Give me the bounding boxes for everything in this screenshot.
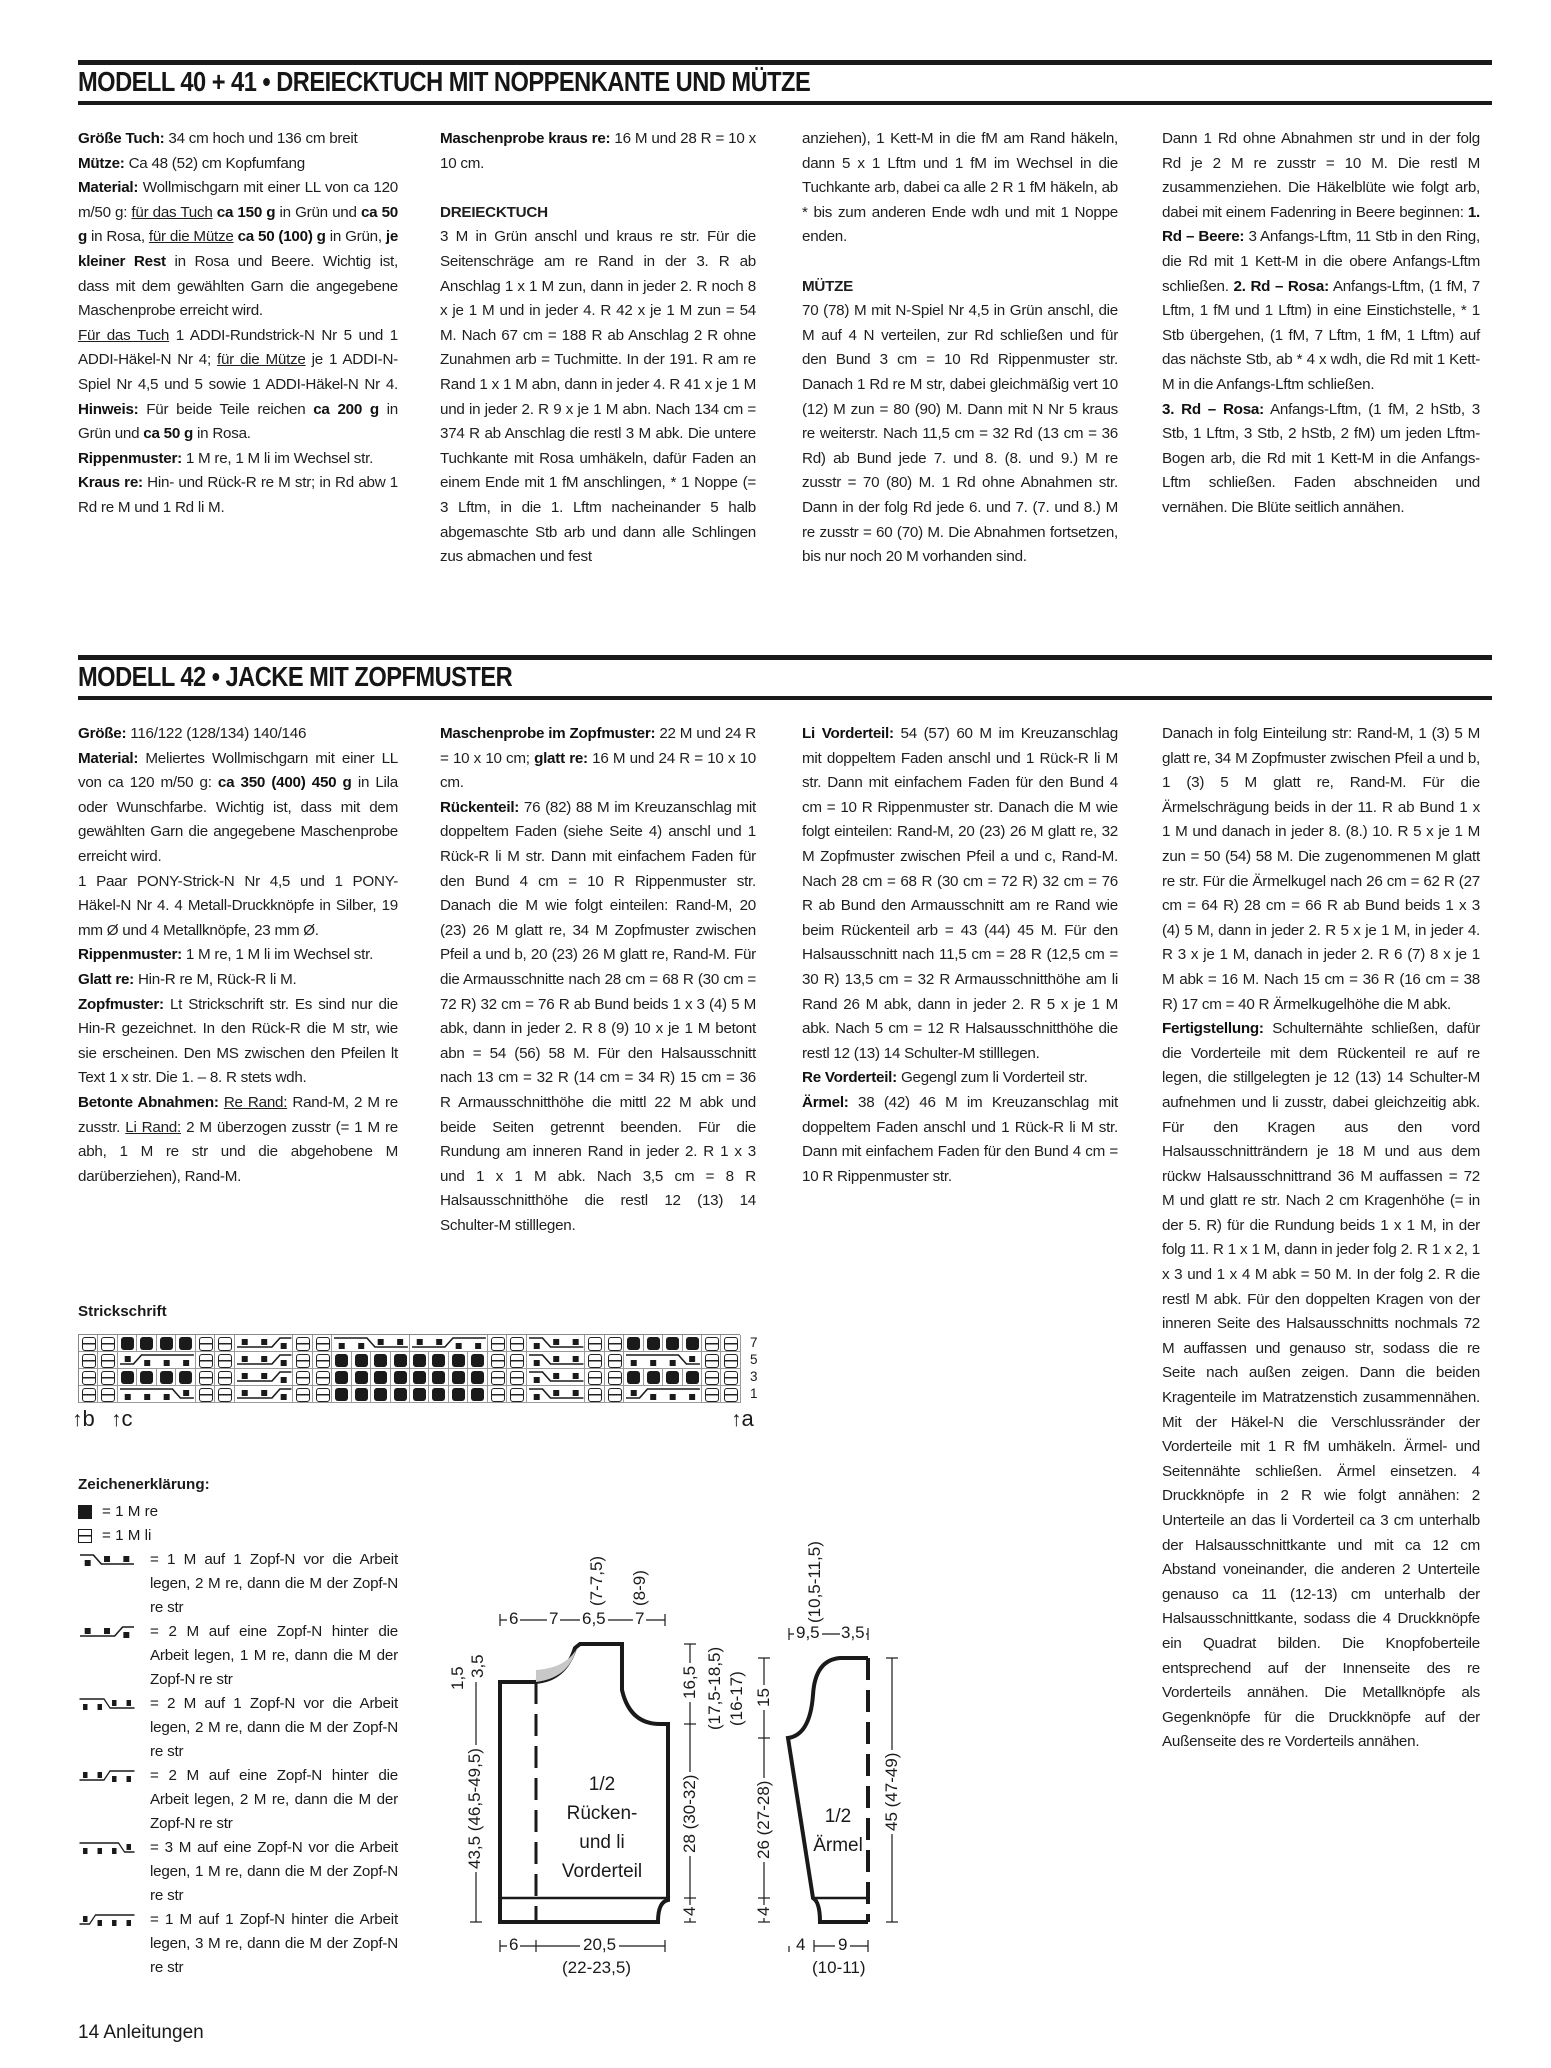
dim-sleeve-top-alt: (10,5-11,5) xyxy=(805,1541,825,1623)
purl-stitch-icon xyxy=(196,1352,215,1369)
purl-stitch-icon xyxy=(79,1335,98,1352)
cable-stitch-icon xyxy=(235,1369,293,1386)
chart-row xyxy=(79,1335,740,1352)
purl-stitch-icon xyxy=(98,1369,117,1386)
dim-top-1: 6 xyxy=(507,1609,520,1629)
sleeve-piece-label: 1/2 Ärmel xyxy=(802,1802,874,1860)
knit-stitch-icon xyxy=(410,1386,429,1403)
chart-row xyxy=(79,1369,740,1386)
li-vorderteil-paragraph: Li Vorderteil: 54 (57) 60 M im Kreuzansc… xyxy=(802,722,1118,1066)
cable-stitch-icon xyxy=(527,1352,585,1369)
purl-stitch-icon xyxy=(721,1335,740,1352)
groesse-tuch-line: Größe Tuch: 34 cm hoch und 136 cm breit xyxy=(78,127,398,152)
knit-stitch-icon xyxy=(429,1352,448,1369)
purl-stitch-icon xyxy=(585,1386,604,1403)
section1-bottom-rule xyxy=(78,101,1492,105)
purl-stitch-icon xyxy=(98,1352,117,1369)
purl-stitch-icon xyxy=(507,1369,526,1386)
row-number: 3 xyxy=(750,1368,758,1385)
dreiecktuch-paragraph: 3 M in Grün anschl und kraus re str. Für… xyxy=(440,225,756,569)
arrow-up-icon: ↑ xyxy=(731,1408,742,1431)
purl-stitch-icon xyxy=(585,1335,604,1352)
needles-paragraph: 1 Paar PONY-Strick-N Nr 4,5 und 1 PONY-H… xyxy=(78,870,398,944)
section1-column-3: anziehen), 1 Kett-M in die fM am Rand hä… xyxy=(802,127,1118,570)
legend-item-cable-3-1-front: = 3 M auf eine Zopf-N vor die Arbeit leg… xyxy=(78,1836,398,1908)
maschenprobe-paragraph: Maschenprobe kraus re: 16 M und 28 R = 1… xyxy=(440,127,756,176)
knit-stitch-icon xyxy=(157,1335,176,1352)
strickschrift-chart xyxy=(78,1334,740,1403)
knit-stitch-icon xyxy=(449,1386,468,1403)
purl-stitch-icon xyxy=(313,1369,332,1386)
dim-armhole-alt1: (17,5-18,5) xyxy=(705,1647,725,1730)
cable-1-3-back-icon xyxy=(78,1908,150,1932)
dim-sleeve-height: 45 (47-49) xyxy=(882,1750,902,1834)
chart-row xyxy=(79,1352,740,1369)
section2-title: MODELL 42 • JACKE MIT ZOPFMUSTER xyxy=(78,661,512,693)
maschenprobe-paragraph: Maschenprobe im Zopfmuster: 22 M und 24 … xyxy=(440,722,756,796)
purl-stitch-icon xyxy=(215,1335,234,1352)
re-vorderteil-paragraph: Re Vorderteil: Gegengl zum li Vorderteil… xyxy=(802,1066,1118,1091)
row-number: 7 xyxy=(750,1334,758,1351)
purl-stitch-icon xyxy=(215,1386,234,1403)
muetze-heading: MÜTZE xyxy=(802,275,1118,300)
purl-box-icon xyxy=(78,1529,92,1543)
section1-top-rule xyxy=(78,60,1492,65)
purl-stitch-icon xyxy=(605,1369,624,1386)
purl-stitch-icon xyxy=(313,1335,332,1352)
chart-row-numbers: 7 5 3 1 xyxy=(750,1334,758,1402)
purl-stitch-icon xyxy=(293,1352,312,1369)
purl-stitch-icon xyxy=(79,1386,98,1403)
purl-stitch-icon xyxy=(79,1352,98,1369)
dim-top-3: 6,5 xyxy=(580,1609,608,1629)
cable-stitch-icon xyxy=(624,1352,702,1369)
rueckenteil-paragraph: Rückenteil: 76 (82) 88 M im Kreuzanschla… xyxy=(440,796,756,1239)
muetze-paragraph: 70 (78) M mit N-Spiel Nr 4,5 in Grün ans… xyxy=(802,299,1118,570)
purl-stitch-icon xyxy=(702,1386,721,1403)
legend-item-cable-1-3-back: = 1 M auf 1 Zopf-N hinter die Arbeit leg… xyxy=(78,1908,398,1980)
knit-stitch-icon xyxy=(410,1369,429,1386)
purl-stitch-icon xyxy=(293,1386,312,1403)
knit-stitch-icon xyxy=(371,1369,390,1386)
purl-stitch-icon xyxy=(488,1369,507,1386)
dim-side: 28 (30-32) xyxy=(680,1772,700,1856)
knit-stitch-icon xyxy=(176,1335,195,1352)
section2-column-1: Größe: 116/122 (128/134) 140/146 Materia… xyxy=(78,722,398,1189)
purl-stitch-icon xyxy=(98,1335,117,1352)
dim-top-4-alt: (8-9) xyxy=(630,1570,650,1606)
cable-stitch-icon xyxy=(527,1369,585,1386)
dim-sleeve-side: 26 (27-28) xyxy=(754,1778,774,1862)
section2-column-2: Maschenprobe im Zopfmuster: 22 M und 24 … xyxy=(440,722,756,1238)
zopfmuster-paragraph: Zopfmuster: Lt Strickschrift str. Es sin… xyxy=(78,993,398,1091)
strickschrift-label: Strickschrift xyxy=(78,1303,167,1320)
page-footer: 14 Anleitungen xyxy=(78,2022,204,2044)
arrow-up-icon: ↑ xyxy=(72,1408,83,1431)
cable-1-2-front-icon xyxy=(78,1548,150,1572)
knit-stitch-icon xyxy=(371,1352,390,1369)
cable-stitch-icon xyxy=(527,1335,585,1352)
row-number: 1 xyxy=(750,1385,758,1402)
purl-stitch-icon xyxy=(98,1386,117,1403)
dim-sleeve-top-2: 3,5 xyxy=(840,1623,866,1643)
knit-stitch-icon xyxy=(449,1352,468,1369)
aermel-continued-paragraph: Danach in folg Einteilung str: Rand-M, 1… xyxy=(1162,722,1480,1017)
purl-stitch-icon xyxy=(702,1335,721,1352)
knit-stitch-icon xyxy=(176,1369,195,1386)
dim-bottom-1: 6 xyxy=(507,1935,520,1955)
dim-sleeve-top-1: 9,5 xyxy=(794,1623,822,1643)
knit-stitch-icon xyxy=(663,1335,682,1352)
legend-item-cable-2-2-front: = 2 M auf 1 Zopf-N vor die Arbeit legen,… xyxy=(78,1692,398,1764)
section2-column-4: Danach in folg Einteilung str: Rand-M, 1… xyxy=(1162,722,1480,1755)
purl-stitch-icon xyxy=(215,1369,234,1386)
knit-stitch-icon xyxy=(644,1369,663,1386)
knit-stitch-icon xyxy=(118,1335,137,1352)
dim-sleeve-bottom-2-alt: (10-11) xyxy=(812,1958,866,1978)
purl-stitch-icon xyxy=(215,1352,234,1369)
dim-sleeve-cap: 15 xyxy=(754,1685,774,1710)
knit-stitch-icon xyxy=(371,1386,390,1403)
section2-bottom-rule xyxy=(78,696,1492,700)
purl-stitch-icon xyxy=(488,1335,507,1352)
purl-stitch-icon xyxy=(79,1369,98,1386)
purl-stitch-icon xyxy=(507,1335,526,1352)
cable-2-1-back-icon xyxy=(78,1620,150,1644)
legend-item-cable-2-2-back: = 2 M auf eine Zopf-N hinter die Arbeit … xyxy=(78,1764,398,1836)
dreiecktuch-continued: anziehen), 1 Kett-M in die fM am Rand hä… xyxy=(802,127,1118,250)
knit-stitch-icon xyxy=(624,1335,643,1352)
cable-stitch-icon xyxy=(118,1386,196,1403)
cable-stitch-icon xyxy=(410,1335,488,1352)
cable-stitch-icon xyxy=(527,1386,585,1403)
purl-stitch-icon xyxy=(313,1352,332,1369)
purl-stitch-icon xyxy=(196,1369,215,1386)
dim-bottom-2: 20,5 xyxy=(580,1935,619,1955)
cable-2-2-back-icon xyxy=(78,1764,150,1788)
purl-stitch-icon xyxy=(585,1352,604,1369)
section1-title: MODELL 40 + 41 • DREIECKTUCH MIT NOPPENK… xyxy=(78,66,810,98)
dim-top-2: 7 xyxy=(547,1609,560,1629)
knit-stitch-icon xyxy=(468,1369,487,1386)
cable-stitch-icon xyxy=(235,1335,293,1352)
knit-stitch-icon xyxy=(352,1369,371,1386)
knit-stitch-icon xyxy=(429,1369,448,1386)
purl-stitch-icon xyxy=(488,1386,507,1403)
legend-item-purl: = 1 M li xyxy=(78,1524,151,1548)
material-paragraph: Material: Meliertes Wollmischgarn mit ei… xyxy=(78,747,398,870)
knit-stitch-icon xyxy=(391,1386,410,1403)
aermel-paragraph: Ärmel: 38 (42) 46 M im Kreuzanschlag mit… xyxy=(802,1091,1118,1189)
cable-stitch-icon xyxy=(235,1386,293,1403)
haekelbluete-paragraph: Dann 1 Rd ohne Abnahmen str und in der f… xyxy=(1162,127,1480,398)
section1-column-4: Dann 1 Rd ohne Abnahmen str und in der f… xyxy=(1162,127,1480,521)
purl-stitch-icon xyxy=(196,1386,215,1403)
cable-stitch-icon xyxy=(332,1335,410,1352)
dim-sleeve-bottom-2: 9 xyxy=(835,1935,850,1955)
knit-stitch-icon xyxy=(624,1369,643,1386)
cable-stitch-icon xyxy=(118,1352,196,1369)
body-piece-label: 1/2 Rücken- und li Vorderteil xyxy=(538,1770,666,1886)
knit-stitch-icon xyxy=(683,1369,702,1386)
knit-stitch-icon xyxy=(332,1352,351,1369)
knit-stitch-icon xyxy=(468,1352,487,1369)
dim-height: 43,5 (46,5-49,5) xyxy=(465,1745,485,1872)
rd3-paragraph: 3. Rd – Rosa: Anfangs-Lftm, (1 fM, 2 hSt… xyxy=(1162,398,1480,521)
arrow-c: ↑c xyxy=(111,1408,133,1431)
knit-stitch-icon xyxy=(332,1386,351,1403)
legend-item-cable-1-2-front: = 1 M auf 1 Zopf-N vor die Arbeit legen,… xyxy=(78,1548,398,1620)
cable-2-2-front-icon xyxy=(78,1692,150,1716)
dim-sleeve-bund: 4 xyxy=(754,1905,774,1918)
dim-bund: 4 xyxy=(680,1905,700,1918)
dim-top-3-alt: (7-7,5) xyxy=(587,1556,607,1606)
purl-stitch-icon xyxy=(293,1335,312,1352)
knit-stitch-icon xyxy=(352,1352,371,1369)
purl-stitch-icon xyxy=(721,1369,740,1386)
row-number: 5 xyxy=(750,1351,758,1368)
arrow-a: ↑a xyxy=(731,1408,754,1431)
arrow-b: ↑b xyxy=(72,1408,95,1431)
dim-top-4: 7 xyxy=(633,1609,646,1629)
purl-stitch-icon xyxy=(585,1369,604,1386)
dim-neck-a: 1,5 xyxy=(448,1666,468,1690)
glatt-re-paragraph: Glatt re: Hin-R re M, Rück-R li M. xyxy=(78,968,398,993)
dim-armhole: 16,5 xyxy=(680,1663,700,1702)
knit-stitch-icon xyxy=(391,1352,410,1369)
kraus-re-paragraph: Kraus re: Hin- und Rück-R re M str; in R… xyxy=(78,471,398,520)
knit-stitch-icon xyxy=(663,1369,682,1386)
material-paragraph: Material: Wollmischgarn mit einer LL von… xyxy=(78,176,398,324)
betonte-abnahmen-paragraph: Betonte Abnahmen: Re Rand: Rand-M, 2 M r… xyxy=(78,1091,398,1189)
knit-stitch-icon xyxy=(352,1386,371,1403)
cable-stitch-icon xyxy=(624,1386,702,1403)
knit-square-icon xyxy=(78,1505,92,1519)
purl-stitch-icon xyxy=(507,1386,526,1403)
purl-stitch-icon xyxy=(313,1386,332,1403)
needles-paragraph: Für das Tuch 1 ADDI-Rundstrick-N Nr 5 un… xyxy=(78,324,398,447)
muetze-line: Mütze: Ca 48 (52) cm Kopfumfang xyxy=(78,152,398,177)
section1-column-1: Größe Tuch: 34 cm hoch und 136 cm breit … xyxy=(78,127,398,521)
knit-stitch-icon xyxy=(332,1369,351,1386)
legend-title: Zeichenerklärung: xyxy=(78,1476,210,1493)
knit-stitch-icon xyxy=(429,1386,448,1403)
knit-stitch-icon xyxy=(137,1369,156,1386)
knit-stitch-icon xyxy=(118,1369,137,1386)
dim-bottom-2-alt: (22-23,5) xyxy=(562,1958,631,1978)
cable-3-1-front-icon xyxy=(78,1836,150,1860)
legend-item-cable-2-1-back: = 2 M auf eine Zopf-N hinter die Arbeit … xyxy=(78,1620,398,1692)
purl-stitch-icon xyxy=(605,1352,624,1369)
rippenmuster-paragraph: Rippenmuster: 1 M re, 1 M li im Wechsel … xyxy=(78,447,398,472)
purl-stitch-icon xyxy=(721,1386,740,1403)
section2-column-3: Li Vorderteil: 54 (57) 60 M im Kreuzansc… xyxy=(802,722,1118,1189)
knit-stitch-icon xyxy=(410,1352,429,1369)
rippenmuster-paragraph: Rippenmuster: 1 M re, 1 M li im Wechsel … xyxy=(78,943,398,968)
arrow-up-icon: ↑ xyxy=(111,1408,122,1431)
knit-stitch-icon xyxy=(449,1369,468,1386)
section2-top-rule xyxy=(78,655,1492,660)
groesse-line: Größe: 116/122 (128/134) 140/146 xyxy=(78,722,398,747)
cable-stitch-icon xyxy=(235,1352,293,1369)
dim-sleeve-bottom-1: 4 xyxy=(796,1935,805,1955)
dim-neck-b: 3,5 xyxy=(468,1654,488,1678)
purl-stitch-icon xyxy=(605,1335,624,1352)
purl-stitch-icon xyxy=(196,1335,215,1352)
knit-stitch-icon xyxy=(391,1369,410,1386)
knit-stitch-icon xyxy=(157,1369,176,1386)
purl-stitch-icon xyxy=(293,1369,312,1386)
knit-stitch-icon xyxy=(468,1386,487,1403)
knit-stitch-icon xyxy=(683,1335,702,1352)
section1-column-2: Maschenprobe kraus re: 16 M und 28 R = 1… xyxy=(440,127,756,570)
purl-stitch-icon xyxy=(702,1352,721,1369)
schematic-sleeve: (10,5-11,5) 9,5 3,5 15 26 (27-28) 4 45 (… xyxy=(740,1530,940,2010)
fertigstellung-paragraph: Fertigstellung: Schulternähte schließen,… xyxy=(1162,1017,1480,1755)
purl-stitch-icon xyxy=(721,1352,740,1369)
chart-row xyxy=(79,1386,740,1403)
purl-stitch-icon xyxy=(488,1352,507,1369)
purl-stitch-icon xyxy=(507,1352,526,1369)
purl-stitch-icon xyxy=(605,1386,624,1403)
dreiecktuch-heading: DREIECKTUCH xyxy=(440,201,756,226)
schematic-body: 6 7 6,5 7 (7-7,5) (8-9) 1,5 3,5 43,5 (46… xyxy=(440,1530,770,2010)
knit-stitch-icon xyxy=(137,1335,156,1352)
purl-stitch-icon xyxy=(702,1369,721,1386)
knit-stitch-icon xyxy=(644,1335,663,1352)
legend-item-knit: = 1 M re xyxy=(78,1500,158,1524)
